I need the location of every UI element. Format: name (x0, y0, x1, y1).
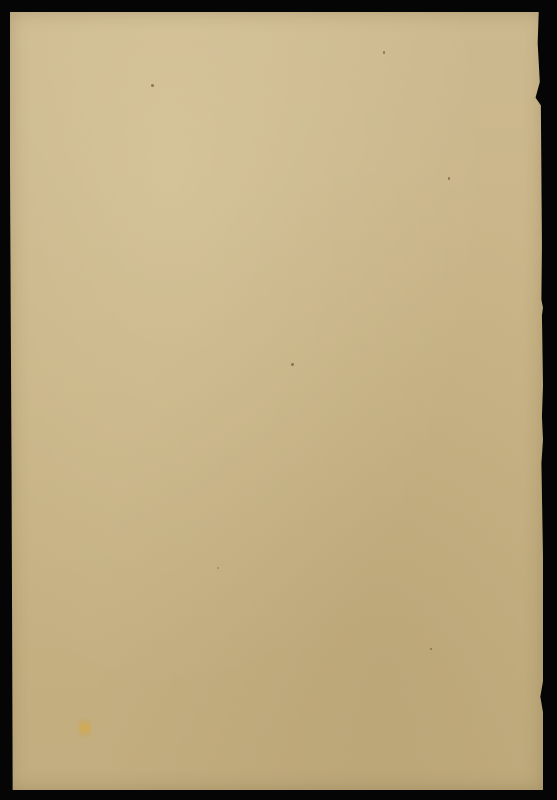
paper-speck (383, 51, 385, 54)
paper-speck (448, 177, 450, 180)
paper-speck (291, 363, 294, 366)
blank-paper-page (10, 12, 543, 790)
scan-background (0, 0, 557, 800)
paper-stain (78, 718, 92, 738)
paper-speck (217, 567, 219, 569)
paper-speck (151, 84, 154, 87)
paper-speck (430, 648, 432, 650)
